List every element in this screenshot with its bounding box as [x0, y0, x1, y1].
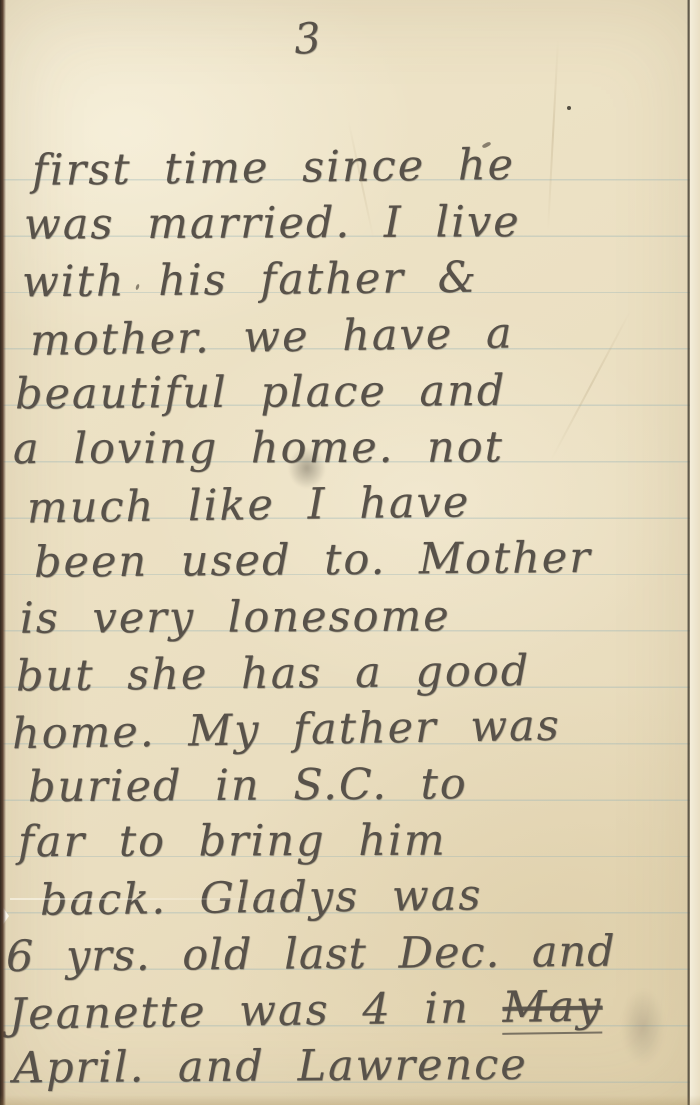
handwriting-line: much like I have — [0, 474, 700, 540]
line-text: home. My father was — [12, 701, 562, 760]
handwriting-line: Jeanette was 4 in May — [0, 980, 700, 1046]
line-text: a loving home. not — [13, 422, 504, 474]
line-text: first time since he — [32, 140, 516, 196]
handwriting-line: beautiful place and — [0, 364, 700, 425]
handwriting-line: been used to. Mother — [0, 532, 700, 594]
line-text: been used to. Mother — [34, 533, 592, 588]
handwriting-line: buried in S.C. to — [0, 758, 700, 819]
page-left-edge — [0, 0, 6, 1105]
line-text: with his father & — [22, 253, 478, 308]
line-text: is very lonesome — [20, 591, 451, 643]
line-text: April. and Lawrence — [13, 1040, 528, 1094]
line-text: mother. we have a — [30, 308, 514, 366]
line-text: far to bring him — [18, 816, 447, 867]
line-text: back. Gladys was — [40, 871, 483, 926]
struck-word: May — [502, 981, 603, 1034]
line-text: but she has a good — [16, 646, 531, 701]
handwriting-line: far to bring him — [0, 815, 700, 874]
handwriting-line: back. Gladys was — [0, 868, 700, 933]
handwriting-line: a loving home. not — [0, 422, 700, 481]
handwriting-line: with his father & — [0, 251, 700, 315]
letter-body: first time since he was married. I live … — [0, 142, 700, 1097]
page-number: 3 — [292, 13, 322, 64]
line-text: beautiful place and — [15, 366, 507, 419]
paper-speck — [567, 106, 571, 110]
handwriting-line: but she has a good — [0, 644, 700, 708]
handwriting-line: 6 yrs. old last Dec. and — [0, 926, 700, 988]
handwriting-line: was married. I live — [0, 196, 700, 256]
line-text: much like I have — [27, 477, 471, 533]
handwriting-line: April. and Lawrence — [0, 1039, 700, 1100]
line-text: was married. I live — [24, 197, 521, 250]
line-text: Jeanette was 4 in — [9, 983, 503, 1040]
line-text: buried in S.C. to — [28, 759, 468, 812]
line-text: 6 yrs. old last Dec. and — [6, 926, 616, 981]
underlying-page-strip — [690, 0, 700, 1105]
handwriting-line: home. My father was — [0, 698, 700, 765]
handwriting-line: is very lonesome — [0, 590, 700, 650]
letter-page: 3 first time since he was married. I liv… — [0, 0, 700, 1105]
page-bottom-shadow — [0, 1095, 700, 1105]
handwriting-line: mother. we have a — [0, 305, 700, 372]
handwriting-line: first time since he — [0, 138, 700, 203]
